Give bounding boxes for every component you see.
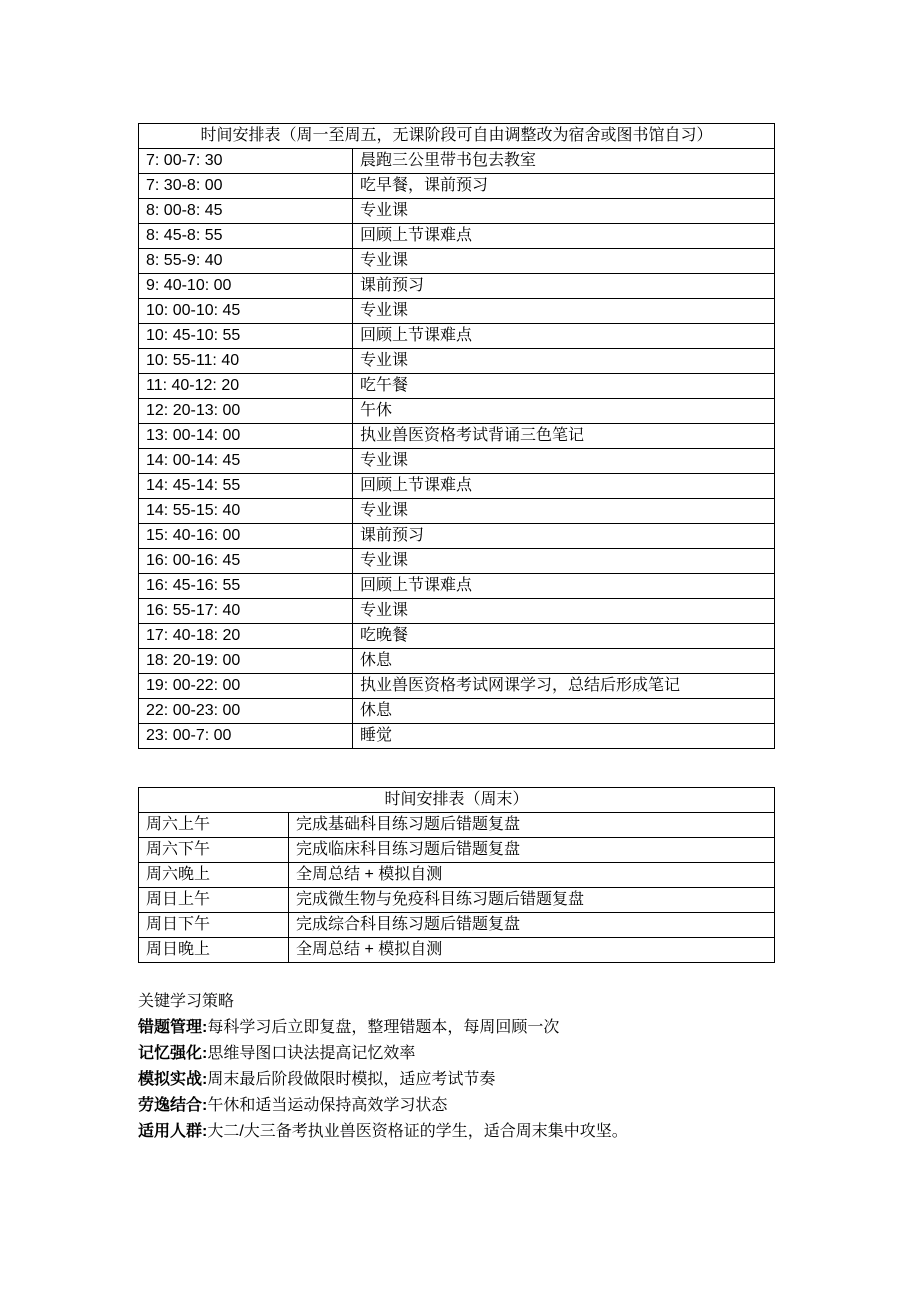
table-row: 周日上午完成微生物与免疫科目练习题后错题复盘: [139, 888, 775, 913]
time-cell: 10: 55-11: 40: [139, 349, 353, 374]
table-row: 16: 55-17: 40专业课: [139, 599, 775, 624]
table-row: 9: 40-10: 00课前预习: [139, 274, 775, 299]
time-cell: 18: 20-19: 00: [139, 649, 353, 674]
table-row: 16: 45-16: 55回顾上节课难点: [139, 574, 775, 599]
strategy-label: 模拟实战:: [138, 1071, 207, 1088]
time-cell: 周六上午: [139, 813, 289, 838]
weekday-table-title: 时间安排表（周一至周五，无课阶段可自由调整改为宿舍或图书馆自习）: [139, 124, 775, 149]
table-row: 10: 00-10: 45专业课: [139, 299, 775, 324]
activity-cell: 回顾上节课难点: [353, 474, 775, 499]
activity-cell: 吃早餐，课前预习: [353, 174, 775, 199]
strategy-label: 劳逸结合:: [138, 1097, 207, 1114]
weekend-schedule-table: 时间安排表（周末） 周六上午完成基础科目练习题后错题复盘周六下午完成临床科目练习…: [138, 787, 775, 963]
strategy-text: 思维导图口诀法提高记忆效率: [207, 1045, 415, 1062]
table-row: 12: 20-13: 00午休: [139, 399, 775, 424]
table-row: 11: 40-12: 20吃午餐: [139, 374, 775, 399]
activity-cell: 午休: [353, 399, 775, 424]
table-row: 周日下午完成综合科目练习题后错题复盘: [139, 913, 775, 938]
time-cell: 7: 00-7: 30: [139, 149, 353, 174]
strategy-line: 错题管理:每科学习后立即复盘，整理错题本，每周回顾一次: [138, 1015, 775, 1041]
time-cell: 22: 00-23: 00: [139, 699, 353, 724]
document-page: 时间安排表（周一至周五，无课阶段可自由调整改为宿舍或图书馆自习） 7: 00-7…: [138, 123, 775, 1145]
activity-cell: 专业课: [353, 349, 775, 374]
strategy-label: 记忆强化:: [138, 1045, 207, 1062]
activity-cell: 专业课: [353, 199, 775, 224]
table-row: 15: 40-16: 00课前预习: [139, 524, 775, 549]
table-row: 10: 45-10: 55回顾上节课难点: [139, 324, 775, 349]
activity-cell: 执业兽医资格考试背诵三色笔记: [353, 424, 775, 449]
time-cell: 7: 30-8: 00: [139, 174, 353, 199]
activity-cell: 课前预习: [353, 524, 775, 549]
time-cell: 周六晚上: [139, 863, 289, 888]
table-row: 10: 55-11: 40专业课: [139, 349, 775, 374]
strategy-line: 适用人群:大二/大三备考执业兽医资格证的学生，适合周末集中攻坚。: [138, 1119, 775, 1145]
time-cell: 8: 00-8: 45: [139, 199, 353, 224]
strategy-line: 记忆强化:思维导图口诀法提高记忆效率: [138, 1041, 775, 1067]
table-row: 7: 30-8: 00吃早餐，课前预习: [139, 174, 775, 199]
table-header-row: 时间安排表（周一至周五，无课阶段可自由调整改为宿舍或图书馆自习）: [139, 124, 775, 149]
strategy-text: 每科学习后立即复盘，整理错题本，每周回顾一次: [207, 1019, 559, 1036]
time-cell: 14: 00-14: 45: [139, 449, 353, 474]
table-row: 22: 00-23: 00休息: [139, 699, 775, 724]
table-header-row: 时间安排表（周末）: [139, 788, 775, 813]
activity-cell: 专业课: [353, 599, 775, 624]
time-cell: 周日下午: [139, 913, 289, 938]
table-row: 7: 00-7: 30晨跑三公里带书包去教室: [139, 149, 775, 174]
time-cell: 周六下午: [139, 838, 289, 863]
time-cell: 周日上午: [139, 888, 289, 913]
table-row: 8: 00-8: 45专业课: [139, 199, 775, 224]
activity-cell: 专业课: [353, 449, 775, 474]
table-row: 19: 00-22: 00执业兽医资格考试网课学习，总结后形成笔记: [139, 674, 775, 699]
table-row: 14: 00-14: 45专业课: [139, 449, 775, 474]
activity-cell: 睡觉: [353, 724, 775, 749]
time-cell: 10: 45-10: 55: [139, 324, 353, 349]
table-row: 14: 55-15: 40专业课: [139, 499, 775, 524]
table-row: 14: 45-14: 55回顾上节课难点: [139, 474, 775, 499]
time-cell: 14: 55-15: 40: [139, 499, 353, 524]
weekend-table-title: 时间安排表（周末）: [139, 788, 775, 813]
time-cell: 13: 00-14: 00: [139, 424, 353, 449]
time-cell: 8: 55-9: 40: [139, 249, 353, 274]
strategy-line: 劳逸结合:午休和适当运动保持高效学习状态: [138, 1093, 775, 1119]
strategy-label: 适用人群:: [138, 1123, 207, 1140]
strategies-heading: 关键学习策略: [138, 989, 775, 1015]
strategy-label: 错题管理:: [138, 1019, 207, 1036]
time-cell: 15: 40-16: 00: [139, 524, 353, 549]
activity-cell: 休息: [353, 699, 775, 724]
activity-cell: 完成综合科目练习题后错题复盘: [289, 913, 775, 938]
table-row: 周六晚上全周总结 + 模拟自测: [139, 863, 775, 888]
activity-cell: 完成基础科目练习题后错题复盘: [289, 813, 775, 838]
weekday-schedule-table: 时间安排表（周一至周五，无课阶段可自由调整改为宿舍或图书馆自习） 7: 00-7…: [138, 123, 775, 749]
activity-cell: 晨跑三公里带书包去教室: [353, 149, 775, 174]
time-cell: 10: 00-10: 45: [139, 299, 353, 324]
time-cell: 23: 00-7: 00: [139, 724, 353, 749]
activity-cell: 吃午餐: [353, 374, 775, 399]
activity-cell: 回顾上节课难点: [353, 224, 775, 249]
activity-cell: 全周总结 + 模拟自测: [289, 938, 775, 963]
table-row: 17: 40-18: 20吃晚餐: [139, 624, 775, 649]
time-cell: 17: 40-18: 20: [139, 624, 353, 649]
activity-cell: 完成微生物与免疫科目练习题后错题复盘: [289, 888, 775, 913]
activity-cell: 执业兽医资格考试网课学习，总结后形成笔记: [353, 674, 775, 699]
activity-cell: 回顾上节课难点: [353, 324, 775, 349]
strategy-text: 大二/大三备考执业兽医资格证的学生，适合周末集中攻坚。: [207, 1123, 627, 1140]
time-cell: 11: 40-12: 20: [139, 374, 353, 399]
key-strategies-section: 关键学习策略 错题管理:每科学习后立即复盘，整理错题本，每周回顾一次记忆强化:思…: [138, 989, 775, 1145]
time-cell: 14: 45-14: 55: [139, 474, 353, 499]
activity-cell: 专业课: [353, 299, 775, 324]
activity-cell: 专业课: [353, 499, 775, 524]
table-row: 8: 55-9: 40专业课: [139, 249, 775, 274]
table-row: 13: 00-14: 00执业兽医资格考试背诵三色笔记: [139, 424, 775, 449]
table-row: 周日晚上全周总结 + 模拟自测: [139, 938, 775, 963]
strategy-text: 午休和适当运动保持高效学习状态: [207, 1097, 447, 1114]
activity-cell: 完成临床科目练习题后错题复盘: [289, 838, 775, 863]
time-cell: 16: 00-16: 45: [139, 549, 353, 574]
time-cell: 9: 40-10: 00: [139, 274, 353, 299]
activity-cell: 休息: [353, 649, 775, 674]
table-row: 16: 00-16: 45专业课: [139, 549, 775, 574]
table-row: 18: 20-19: 00休息: [139, 649, 775, 674]
table-row: 23: 00-7: 00睡觉: [139, 724, 775, 749]
time-cell: 16: 45-16: 55: [139, 574, 353, 599]
activity-cell: 吃晚餐: [353, 624, 775, 649]
time-cell: 12: 20-13: 00: [139, 399, 353, 424]
activity-cell: 专业课: [353, 549, 775, 574]
table-row: 周六上午完成基础科目练习题后错题复盘: [139, 813, 775, 838]
activity-cell: 课前预习: [353, 274, 775, 299]
activity-cell: 专业课: [353, 249, 775, 274]
table-row: 8: 45-8: 55回顾上节课难点: [139, 224, 775, 249]
time-cell: 19: 00-22: 00: [139, 674, 353, 699]
activity-cell: 回顾上节课难点: [353, 574, 775, 599]
table-row: 周六下午完成临床科目练习题后错题复盘: [139, 838, 775, 863]
strategy-line: 模拟实战:周末最后阶段做限时模拟，适应考试节奏: [138, 1067, 775, 1093]
time-cell: 周日晚上: [139, 938, 289, 963]
time-cell: 8: 45-8: 55: [139, 224, 353, 249]
activity-cell: 全周总结 + 模拟自测: [289, 863, 775, 888]
strategy-text: 周末最后阶段做限时模拟，适应考试节奏: [207, 1071, 495, 1088]
time-cell: 16: 55-17: 40: [139, 599, 353, 624]
